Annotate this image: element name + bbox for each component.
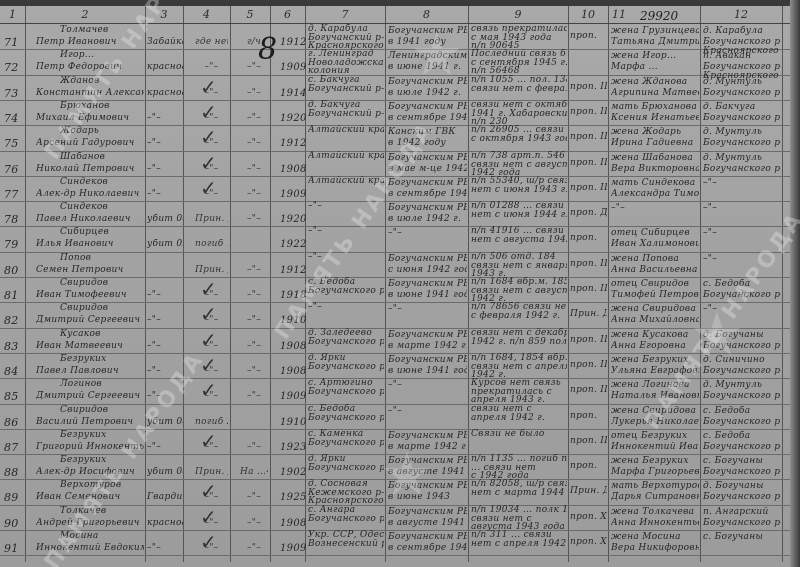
cell-n: 89 [4,492,24,503]
cell-c10: проп. Д/К 44 [570,208,607,219]
cell-c3: Забайкал. граница [147,37,183,48]
cell-n: 74 [4,113,24,124]
cell-surname: Свиридов [60,278,145,289]
cell-c8a: –"– [388,228,467,239]
cell-c4: –"– [195,62,228,73]
cell-c12b: Богучанского р-на [703,518,781,529]
check-mark-icon: ✓ [200,507,217,527]
cell-c12a: –"– [703,203,781,214]
cell-c12a: д. Бакчуга [703,102,781,113]
cell-name: Павел Николаевич [36,214,144,225]
cell-year: 1923 [280,442,306,453]
cell-c9b: нет с августа 1943 г. [471,235,567,246]
cell-c3: красноарм. [147,88,183,99]
scan-edge-right [790,0,800,567]
cell-year: 1908 [280,164,306,175]
cell-name: Дмитрий Сергеевич [36,315,144,326]
cell-year: 1908 [280,341,306,352]
cell-c8a: Богучанским РВК [388,102,467,113]
check-mark-icon: ✓ [200,532,217,552]
cell-c12b: Богучанского р-на [703,391,781,402]
cell-c4: Прин. Д/К 21.10.44 [195,214,228,225]
cell-c7a: Алтайский край [308,151,384,162]
cell-name: Дмитрий Сергеевич [36,391,144,402]
column-number: 12 [700,8,782,26]
cell-c12a: д. Мунтуль [703,127,781,138]
cell-c8a: Богучанским РВК [388,203,467,214]
cell-c10: проп. II-43 [570,259,607,270]
cell-c5: –"– [240,366,268,377]
cell-year: 1909 [280,189,306,200]
cell-name: Василий Петрович [36,417,144,428]
cell-c11b: Марфа ... [611,62,699,73]
cell-c7a: –"– [308,302,384,313]
cell-c8b: в июне 1941 года [388,366,467,377]
cell-surname: Свиридов [60,303,145,314]
cell-c3: –"– [147,442,183,453]
cell-c10: проп. II-42 [570,436,607,447]
cell-c5: –"– [240,88,268,99]
cell-c11a: отец Свиридов [611,279,699,290]
cell-name: Семен Петрович [36,265,144,276]
cell-n: 81 [4,290,24,301]
cell-c5: –"– [240,391,268,402]
cell-c5: –"– [240,138,268,149]
cell-c10: проп. II-43 [570,335,607,346]
cell-c12a: д. Мунтуль [703,153,781,164]
cell-c8a: –"– [388,380,467,391]
cell-c11a: жена Кусакова [611,330,699,341]
cell-c12a: –"– [703,178,781,189]
cell-c12b: Богучанского р-на [703,467,781,478]
cell-name: Иван Тимофеевич [36,290,144,301]
cell-n: 79 [4,239,24,250]
cell-c9b: нет с июня 1943 г. [471,185,567,196]
cell-c8a: Богучанским РВК [388,330,467,341]
cell-c10: проп. II-43 [570,385,607,396]
cell-c5: –"– [240,290,268,301]
cell-year: 1909 [280,391,306,402]
cell-c10: проп. II-43 [570,183,607,194]
cell-n: 83 [4,341,24,352]
cell-c7b: Богучанский р-на [308,109,384,120]
cell-c3: –"– [147,290,183,301]
cell-c7b: Богучанского р-на [308,387,384,398]
cell-c9b: 1942 г. п/п 859 полк 187 [471,337,567,348]
cell-c11b: Татьяна Дмитриевна [611,37,699,48]
cell-surname: Синдеков [60,202,145,213]
column-number: 5 [230,8,270,26]
cell-c8b: в сентябре 1940 г. [388,113,467,124]
cell-name: Алек-др Николаевич [36,189,144,200]
cell-c10: проп. [570,31,607,42]
check-mark-icon: ✓ [200,178,217,198]
cell-c12a: п. Авакан [703,51,781,62]
cell-c8a: Богучанским РВК [388,254,467,265]
cell-c5: –"– [240,189,268,200]
cell-c12b: Богучанского р-на [703,417,781,428]
cell-year: 1909 [280,62,306,73]
cell-c11b: Иван Халимонович [611,239,699,250]
cell-c7a: Алтайский край [308,125,384,136]
cell-c11b: Анна Иннокентьевна [611,518,699,529]
cell-c11a: жена Шабанова [611,153,699,164]
cell-c11a: мать Брюханова [611,102,699,113]
cell-surname: Синдеков [60,177,145,188]
cell-n: 88 [4,467,24,478]
check-mark-icon: ✓ [200,153,217,173]
cell-surname: Кусаков [60,329,145,340]
cell-c4: где неизвестен [195,37,228,48]
check-mark-icon: ✓ [200,330,217,350]
watermark-star-icon: ★ [380,440,434,510]
cell-c10: проп. II-43 [570,158,607,169]
column-number: 6 [270,8,305,26]
cell-c12a: с. Богучаны [703,532,781,543]
cell-c4: Прин. Д/К ?-43 [195,467,228,478]
cell-n: 91 [4,543,24,554]
column-number: 4 [183,8,230,26]
sheet-number-stamp: 29920 [640,9,678,23]
cell-n: 75 [4,138,24,149]
cell-c8a: Богучанским РВК [388,279,467,290]
cell-c11b: Дарья Ситрановна [611,492,699,503]
cell-c12b: Богучанского р-на [703,442,781,453]
cell-c11a: жена Грузинцева [611,26,699,37]
cell-c12b: Богучанского р-на [703,164,781,175]
cell-n: 85 [4,391,24,402]
cell-surname: Логинов [60,379,145,390]
cell-c8b: в сентябре 1942 г. [388,189,467,200]
cell-c5: –"– [240,341,268,352]
cell-c11a: жена Жданова [611,77,699,88]
cell-c3: убит 08.1943 г. [147,467,183,478]
cell-c10: проп. II-42 [570,107,607,118]
check-mark-icon: ✓ [200,304,217,324]
check-mark-icon: ✓ [200,431,217,451]
cell-c9a: Связи не было [471,429,567,440]
handwritten-mark: 8 [258,32,277,67]
cell-c12b: Богучанского р-на [703,113,781,124]
cell-name: Николай Петрович [36,164,144,175]
cell-c9b: нет с марта 1944 г. [471,488,567,499]
cell-c3: красноарм. [147,518,183,529]
cell-c5: –"– [240,315,268,326]
cell-year: 1912 [280,138,306,149]
cell-c5: На ...46 [240,467,268,478]
cell-c3: –"– [147,164,183,175]
cell-n: 73 [4,88,24,99]
cell-n: 90 [4,518,24,529]
check-mark-icon: ✓ [200,77,217,97]
cell-c5: –"– [240,164,268,175]
cell-c7b: Богучанского р-на [308,413,384,424]
cell-c5: –"– [240,543,268,554]
cell-c7b: Вознесенский р-н [308,539,384,550]
cell-c9b: с октября 1943 года [471,134,567,145]
cell-c3: –"– [147,315,183,326]
cell-c11b: Анна Васильевна [611,265,699,276]
cell-year: 1914 [280,88,306,99]
cell-c11b: Вера Никифоровна [611,543,699,554]
cell-c12a: п. Ангарский [703,507,781,518]
cell-c8b: в августе 1941 г. [388,518,467,529]
cell-n: 71 [4,37,24,48]
cell-n: 77 [4,189,24,200]
cell-c11a: жена Игор... [611,51,699,62]
cell-year: 1902 [280,467,306,478]
cell-c11b: Анна Михайловна [611,315,699,326]
cell-c10: Прин. Д/К IV-44 [570,486,607,497]
cell-name: Иван Матвеевич [36,341,144,352]
cell-name: Павел Павлович [36,366,144,377]
cell-c10: проп. XII-42 [570,537,607,548]
cell-surname: Свиридов [60,405,145,416]
cell-c7b: Богучанский р-он [308,84,384,95]
cell-c4: Прин. Д/К III-43 [195,265,228,276]
cell-n: 82 [4,315,24,326]
cell-year: 1908 [280,518,306,529]
cell-c10: проп. III-44 [570,132,607,143]
cell-c7b: Богучанского р-на [308,514,384,525]
cell-c12b: Богучанского р-на [703,88,781,99]
cell-c4: погиб 13.10.43 [195,239,228,250]
cell-n: 78 [4,214,24,225]
cell-c12a: с. Богучаны [703,456,781,467]
cell-c11a: отец Безруких [611,431,699,442]
cell-c12a: с. Бедоба [703,431,781,442]
cell-c9b: с февраля 1942 г. [471,311,567,322]
cell-c11b: Ксения Игнатьевна [611,113,699,124]
cell-year: 1912 [280,37,306,48]
cell-c8b: в марте 1942 г. [388,341,467,352]
cell-c9b: нет с апреля 1942 г. [471,539,567,550]
cell-n: 80 [4,265,24,276]
cell-n: 76 [4,164,24,175]
cell-c10: проп. [570,461,607,472]
cell-c7b: Богучанского р-на [308,463,384,474]
cell-c5: –"– [240,265,268,276]
cell-year: 1925 [280,492,306,503]
cell-c8a: Богучанским РВК [388,532,467,543]
cell-c11a: жена Толкачева [611,507,699,518]
cell-c11b: Агрипина Матвеевна [611,88,699,99]
cell-c9b: связи нет с февраля 1943 г. [471,84,567,95]
cell-c8a: Богучанским РВК [388,355,467,366]
cell-c12a: д. Карабула [703,26,781,37]
cell-n: 72 [4,62,24,73]
cell-c3: –"– [147,138,183,149]
cell-c11a: жена Попова [611,254,699,265]
cell-c3: –"– [147,341,183,352]
check-mark-icon: ✓ [200,102,217,122]
cell-c11b: Иннокентий Иванович [611,442,699,453]
archival-document-page: 1 2 3 4 5 6 7 8 9 10 11 12 29920 71Толма… [0,0,800,567]
cell-c8a: –"– [388,304,467,315]
cell-c3: –"– [147,543,183,554]
cell-c8b: в сентябре 1941 г. [388,543,467,554]
cell-c7b: Богучанского р-на [308,438,384,449]
cell-c11a: –"– [611,203,699,214]
cell-c3: убит 08.10.1943 г. [147,214,183,225]
cell-c12b: Богучанского р-на [703,138,781,149]
cell-year: 1910 [280,417,306,428]
cell-c8b: в июне 1941 года [388,290,467,301]
cell-c11b: Марфа Григорьевна [611,467,699,478]
cell-c3: красноарм. [147,62,183,73]
cell-c11a: жена Свиридова [611,304,699,315]
cell-c12a: с. Бедоба [703,406,781,417]
column-number: 2 [25,8,145,26]
cell-c5: –"– [240,214,268,225]
cell-c11b: Александра Тимофеевна [611,189,699,200]
cell-c3: –"– [147,113,183,124]
cell-year: 1908 [280,366,306,377]
cell-c10: проп. II-42 [570,360,607,371]
check-mark-icon: ✓ [200,481,217,501]
cell-c12b: Богучанского р-на [703,492,781,503]
column-number: 10 [568,8,608,26]
cell-surname: Попов [60,253,145,264]
cell-c11b: Вера Викторовна [611,164,699,175]
cell-c10: Прин. Д/К VI-42 [570,309,607,320]
cell-year: 1922 г. [280,239,306,250]
cell-surname: Шабанов [60,152,145,163]
cell-surname: Безруких [60,354,145,365]
cell-c11b: Анна Егоровна [611,341,699,352]
cell-c12a: д. Мунтуль [703,77,781,88]
cell-c9b: апреля 1942 г. [471,413,567,424]
cell-n: 86 [4,417,24,428]
cell-year: 1920 [280,214,306,225]
cell-c5: –"– [240,113,268,124]
row-divider [0,555,790,556]
cell-c10: проп. XII-43 [570,512,607,523]
cell-c9b: нет с июня 1944 г. [471,210,567,221]
cell-c8b: в июле 1942 г. [388,214,467,225]
cell-c10: проп. II-43 [570,82,607,93]
cell-c3: Гвардии сержант [147,492,183,503]
cell-c7b: Богучанского р-на [308,362,384,373]
cell-c4: погиб 20.04.42 [195,417,228,428]
check-mark-icon: ✓ [200,127,217,147]
cell-n: 84 [4,366,24,377]
cell-c11a: жена Безруких [611,456,699,467]
watermark-star-icon: ★ [410,20,464,90]
cell-c11a: мать Верхотурова [611,481,699,492]
cell-year: 1909 [280,543,306,554]
cell-year: 1912 [280,265,306,276]
cell-c11b: Тимофей Петрович [611,290,699,301]
cell-c7b: Богучанского р-на [308,337,384,348]
cell-c5: –"– [240,442,268,453]
cell-name: Илья Иванович [36,239,144,250]
cell-c5: –"– [240,518,268,529]
cell-c11a: мать Синдекова [611,178,699,189]
check-mark-icon: ✓ [200,279,217,299]
cell-c8a: –"– [388,406,467,417]
cell-c11a: жена Мосина [611,532,699,543]
cell-surname: Сибирцев [60,227,145,238]
cell-c8b: с июня 1942 года [388,265,467,276]
cell-c11a: жена Жодарь [611,127,699,138]
cell-c3: –"– [147,189,183,200]
cell-c11a: отец Сибирцев [611,228,699,239]
cell-c12a: д. Богучаны [703,481,781,492]
check-mark-icon: ✓ [200,380,217,400]
cell-c5: –"– [240,492,268,503]
cell-c12a: д. Мунтуль [703,380,781,391]
cell-c11b: Ирина Гадиевна [611,138,699,149]
cell-c10: проп. [570,233,607,244]
cell-n: 87 [4,442,24,453]
cell-c10: проп. II-42 [570,284,607,295]
cell-c10: проп. [570,411,607,422]
column-number: 1 [0,8,25,26]
cell-c3: убит 09.1943 г. [147,239,183,250]
cell-year: 1920 [280,113,306,124]
